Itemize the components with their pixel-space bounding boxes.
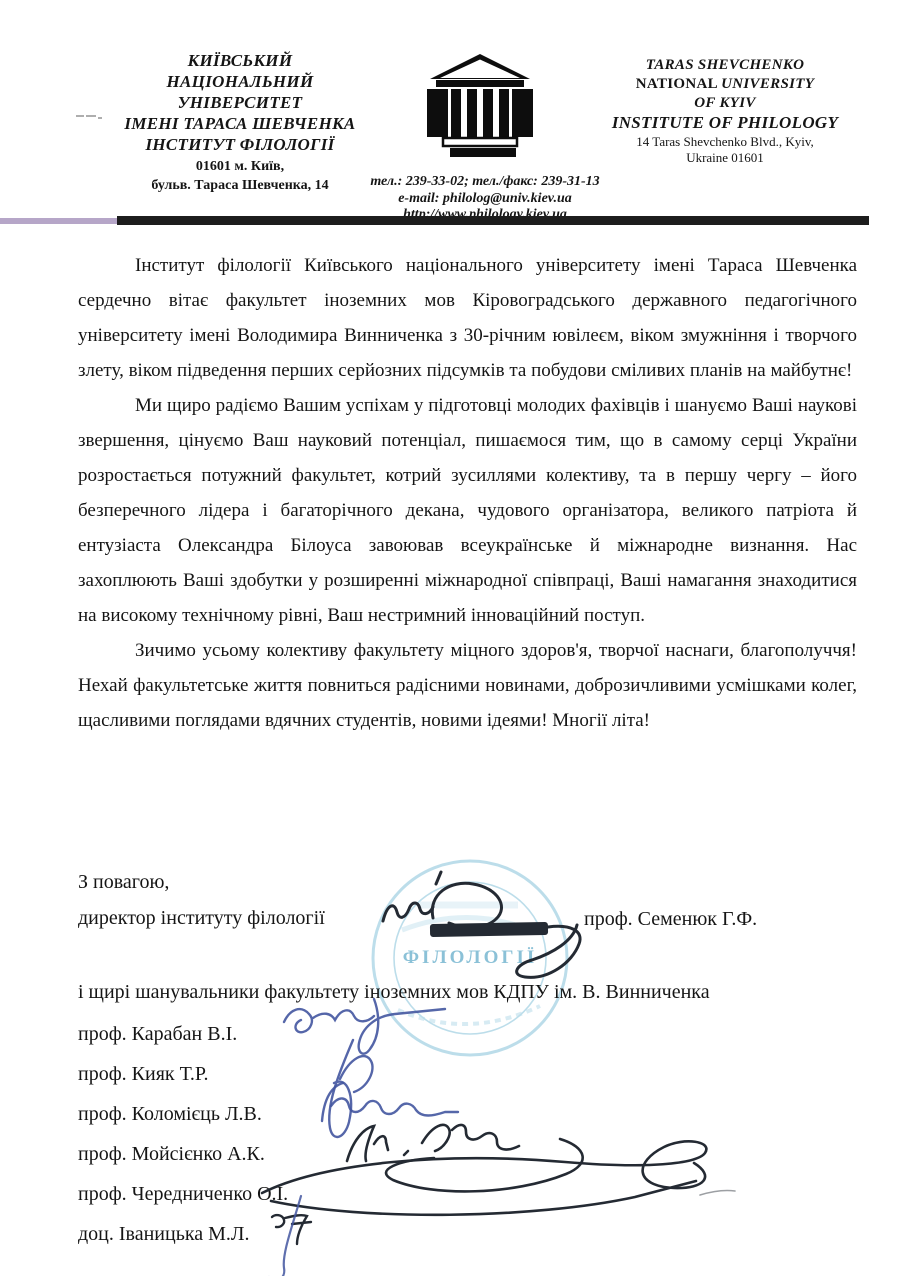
org-line: ІМЕНІ ТАРАСА ШЕВЧЕНКА (95, 113, 385, 134)
org-line-part: UNIVERSITY (721, 76, 814, 92)
signature-semenyuk (383, 872, 580, 977)
stamp-center-text: ФІЛОЛОГІЇ (403, 947, 538, 968)
divider-purple-segment (0, 218, 118, 224)
org-line: КИЇВСЬКИЙ (95, 50, 385, 71)
supporters-list: проф. Карабан В.І. проф. Кияк Т.Р. проф.… (78, 1014, 288, 1254)
university-name-english: TARAS SHEVCHENKO NATIONAL UNIVERSITY OF … (565, 56, 885, 166)
signature-cherednychenko (262, 1141, 735, 1214)
paragraph-greeting: Інститут філології Київського національн… (78, 248, 857, 388)
letter-page: КИЇВСЬКИЙ НАЦІОНАЛЬНИЙ УНІВЕРСИТЕТ ІМЕНІ… (0, 0, 912, 1276)
supporters-intro: і щирі шанувальники факультету іноземних… (78, 981, 710, 1004)
supporter-name: проф. Мойсієнко А.К. (78, 1134, 288, 1174)
signer-title: директор інституту філології (78, 907, 325, 930)
signature-moysiyenko (347, 1125, 583, 1192)
address-english: 14 Taras Shevchenko Blvd., Kyiv, Ukraine… (565, 134, 885, 166)
org-line: TARAS SHEVCHENKO (565, 56, 885, 75)
university-building-logo (424, 52, 536, 164)
org-line: ІНСТИТУТ ФІЛОЛОГІЇ (95, 134, 385, 155)
divider-rule (117, 216, 869, 225)
email-line: e-mail: philolog@univ.kiev.ua (330, 191, 640, 208)
org-line: УНІВЕРСИТЕТ (95, 92, 385, 113)
org-line: НАЦІОНАЛЬНИЙ (95, 71, 385, 92)
paragraph-appreciation: Ми щиро радіємо Вашим успіхам у підготов… (78, 388, 857, 633)
org-line: INSTITUTE OF PHILOLOGY (565, 113, 885, 132)
letter-body: Інститут філології Київського національн… (78, 248, 857, 738)
address-line: Ukraine 01601 (565, 150, 885, 166)
org-line: NATIONAL UNIVERSITY (565, 75, 885, 94)
supporter-name: проф. Кияк Т.Р. (78, 1054, 288, 1094)
signature-kyyak (329, 1040, 372, 1137)
org-line-part: NATIONAL (636, 76, 721, 92)
phone-line: тел.: 239-33-02; тел./факс: 239-31-13 (330, 174, 640, 191)
signature-karaban (284, 999, 445, 1054)
supporter-name: проф. Карабан В.І. (78, 1014, 288, 1054)
address-line: 14 Taras Shevchenko Blvd., Kyiv, (565, 134, 885, 150)
supporter-name: проф. Коломієць Л.В. (78, 1094, 288, 1134)
university-building-icon (424, 52, 536, 164)
supporter-name: проф. Чередниченко О.І. (78, 1174, 288, 1214)
signature-kolomiyets (322, 1083, 458, 1121)
supporter-name: доц. Іваницька М.Л. (78, 1214, 288, 1254)
salutation: З повагою, (78, 871, 169, 894)
paragraph-wishes: Зичимо усьому колективу факультету міцно… (78, 633, 857, 738)
scan-artifact (76, 112, 110, 120)
org-line: OF KYIV (565, 94, 885, 113)
signer-name: проф. Семенюк Г.Ф. (584, 908, 757, 931)
